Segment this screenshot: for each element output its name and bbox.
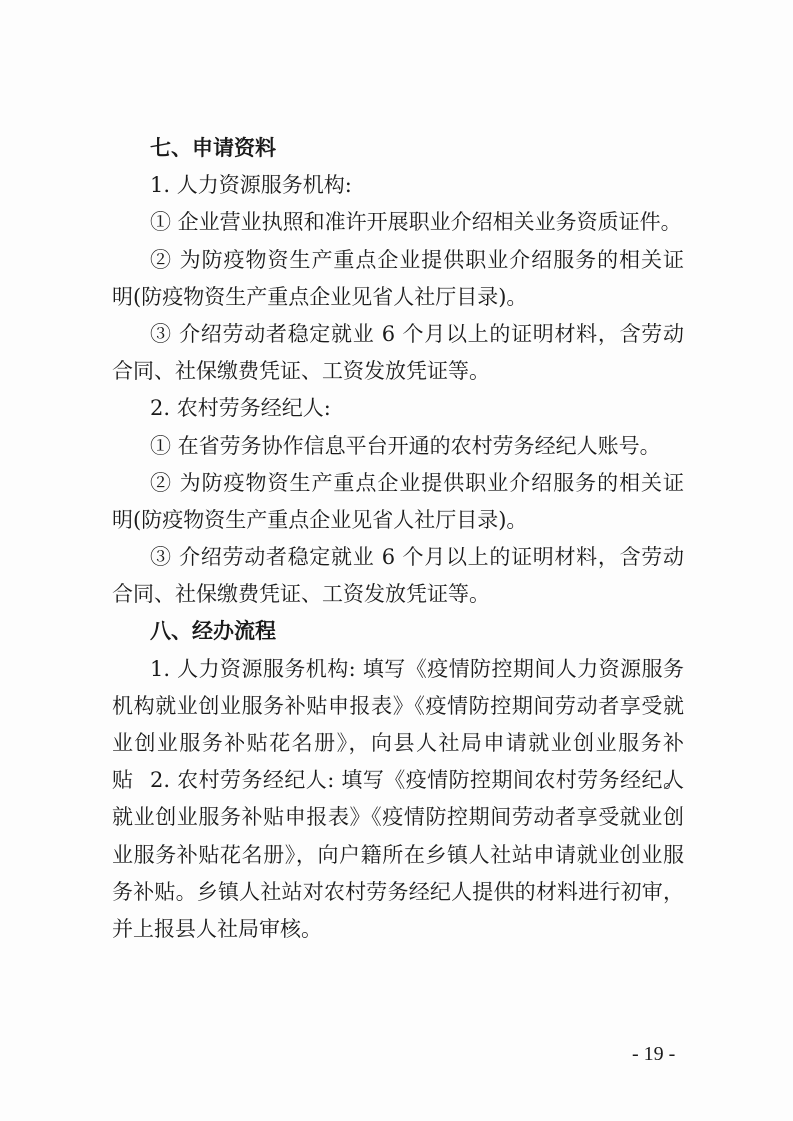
section-heading-application-materials: 七、申请资料 bbox=[112, 130, 684, 167]
paragraph-line: ① 企业营业执照和准许开展职业介绍相关业务资质证件。 bbox=[112, 204, 684, 241]
paragraph-line: ② 为防疫物资生产重点企业提供职业介绍服务的相关证 bbox=[112, 465, 684, 502]
paragraph-line: 并上报县人社局审核。 bbox=[112, 911, 684, 948]
paragraph-line: 务补贴。乡镇人社站对农村劳务经纪人提供的材料进行初审， bbox=[112, 874, 684, 911]
paragraph-line: 2. 农村劳务经纪人: 填写《疫情防控期间农村劳务经纪人 bbox=[112, 762, 684, 799]
paragraph-line: 机构就业创业服务补贴申报表》《疫情防控期间劳动者享受就 bbox=[112, 688, 684, 725]
document-page: 七、申请资料 1. 人力资源服务机构: ① 企业营业执照和准许开展职业介绍相关业… bbox=[0, 0, 793, 1121]
paragraph-line: 1. 人力资源服务机构: 填写《疫情防控期间人力资源服务 bbox=[112, 651, 684, 688]
paragraph-line: 明(防疫物资生产重点企业见省人社厅目录)。 bbox=[112, 279, 684, 316]
paragraph-line: ③ 介绍劳动者稳定就业 6 个月以上的证明材料，含劳动 bbox=[112, 316, 684, 353]
paragraph-line: 业创业服务补贴花名册》，向县人社局申请就业创业服务补贴。 bbox=[112, 725, 684, 762]
paragraph-line: 合同、社保缴费凭证、工资发放凭证等。 bbox=[112, 353, 684, 390]
page-number: - 19 - bbox=[632, 1043, 675, 1066]
paragraph-line: 明(防疫物资生产重点企业见省人社厅目录)。 bbox=[112, 502, 684, 539]
paragraph-line: 1. 人力资源服务机构: bbox=[112, 167, 684, 204]
paragraph-line: 2. 农村劳务经纪人: bbox=[112, 390, 684, 427]
paragraph-line: ③ 介绍劳动者稳定就业 6 个月以上的证明材料，含劳动 bbox=[112, 539, 684, 576]
paragraph-line: 业服务补贴花名册》，向户籍所在乡镇人社站申请就业创业服 bbox=[112, 837, 684, 874]
section-heading-procedure: 八、经办流程 bbox=[112, 613, 684, 650]
paragraph-line: ② 为防疫物资生产重点企业提供职业介绍服务的相关证 bbox=[112, 242, 684, 279]
document-body: 七、申请资料 1. 人力资源服务机构: ① 企业营业执照和准许开展职业介绍相关业… bbox=[112, 130, 684, 948]
paragraph-line: ① 在省劳务协作信息平台开通的农村劳务经纪人账号。 bbox=[112, 428, 684, 465]
paragraph-line: 合同、社保缴费凭证、工资发放凭证等。 bbox=[112, 576, 684, 613]
paragraph-line: 就业创业服务补贴申报表》《疫情防控期间劳动者享受就业创 bbox=[112, 799, 684, 836]
